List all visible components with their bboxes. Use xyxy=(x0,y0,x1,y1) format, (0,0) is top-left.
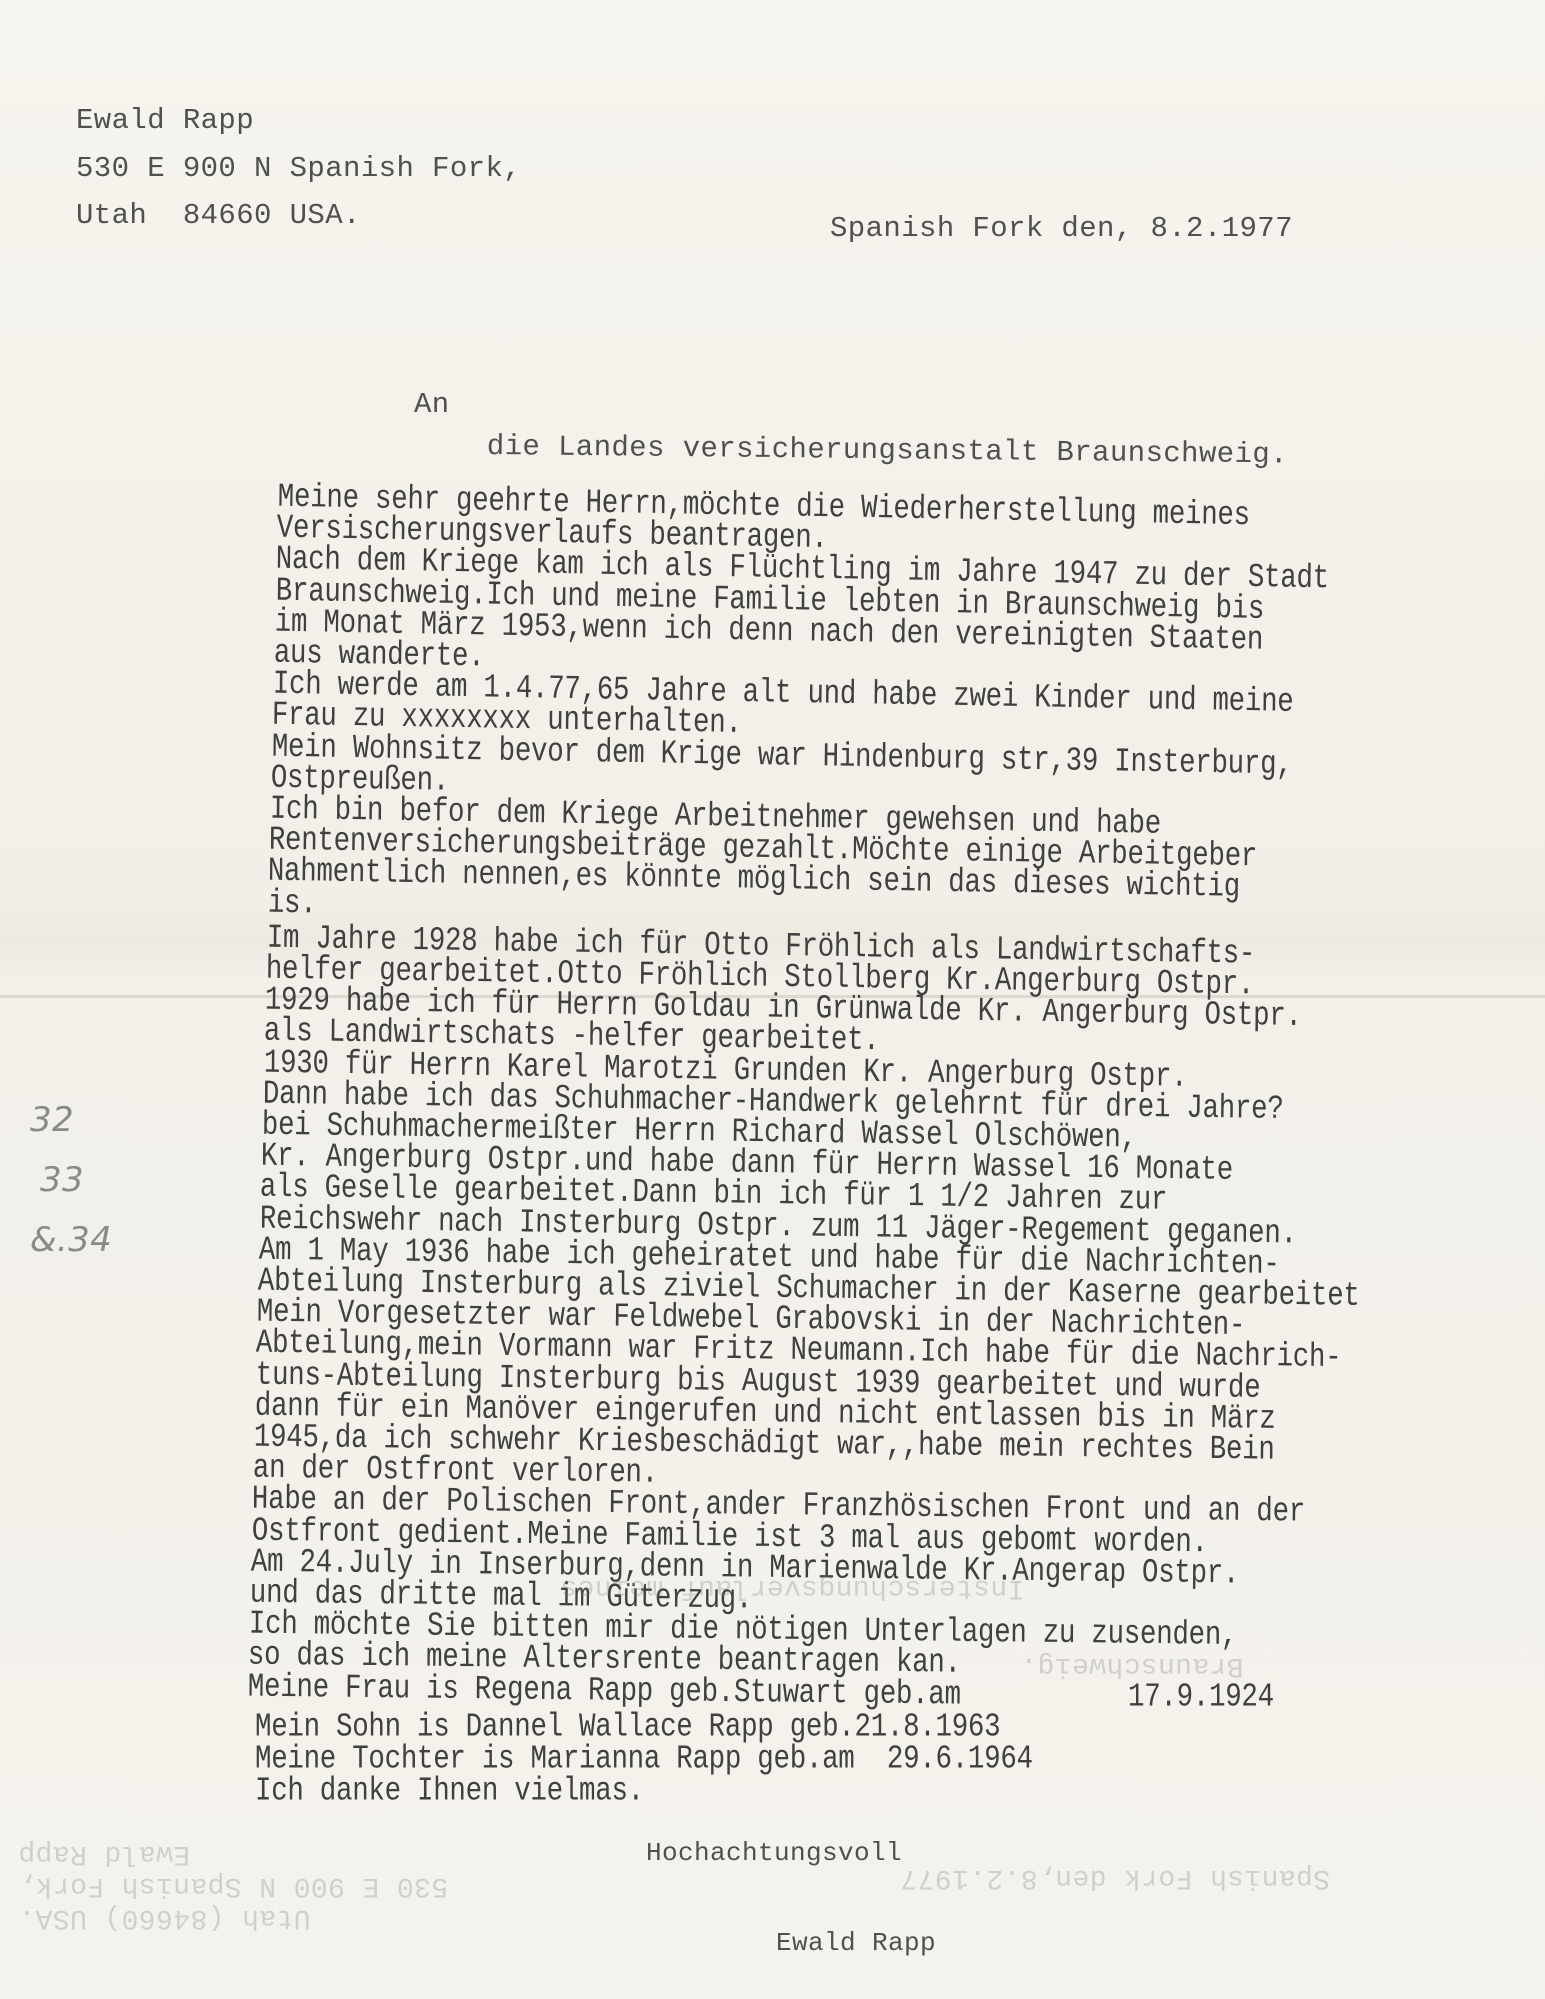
recipient-prefix: An xyxy=(414,390,450,420)
pencil-note: 33 xyxy=(40,1165,84,1195)
thanks-line: Ich danke Ihnen vielmas. xyxy=(255,1774,644,1811)
bleed-through-line: Braunschweig. xyxy=(1020,1650,1244,1680)
place-date: Spanish Fork den, 8.2.1977 xyxy=(830,214,1293,244)
body-line: is. xyxy=(267,886,316,923)
sender-city: Utah 84660 USA. xyxy=(76,201,361,231)
wife-birthdate: 17.9.1924 xyxy=(1128,1680,1274,1717)
sender-street: 530 E 900 N Spanish Fork, xyxy=(76,154,521,184)
sender-name: Ewald Rapp xyxy=(76,106,254,136)
bleed-through-line: Utah (84660) USA. xyxy=(18,1902,310,1932)
bleed-through-date: Spanish Fork den,8.2.1977 xyxy=(900,1862,1330,1892)
bleed-through-line: Insterschungsverlauf meines xyxy=(560,1572,1024,1602)
recipient-name: die Landes versicherungsanstalt Braunsch… xyxy=(487,432,1288,470)
body-line: Meine Frau is Regena Rapp geb.Stuwart ge… xyxy=(247,1670,960,1714)
pencil-note: &.34 xyxy=(30,1225,112,1255)
bleed-through-line: Ewald Rapp xyxy=(18,1838,190,1868)
signature: Ewald Rapp xyxy=(776,1928,936,1958)
pencil-note: 32 xyxy=(30,1105,74,1135)
closing: Hochachtungsvoll xyxy=(646,1838,902,1868)
bleed-through-line: 530 E 900 N Spanish Fork, xyxy=(18,1870,448,1900)
